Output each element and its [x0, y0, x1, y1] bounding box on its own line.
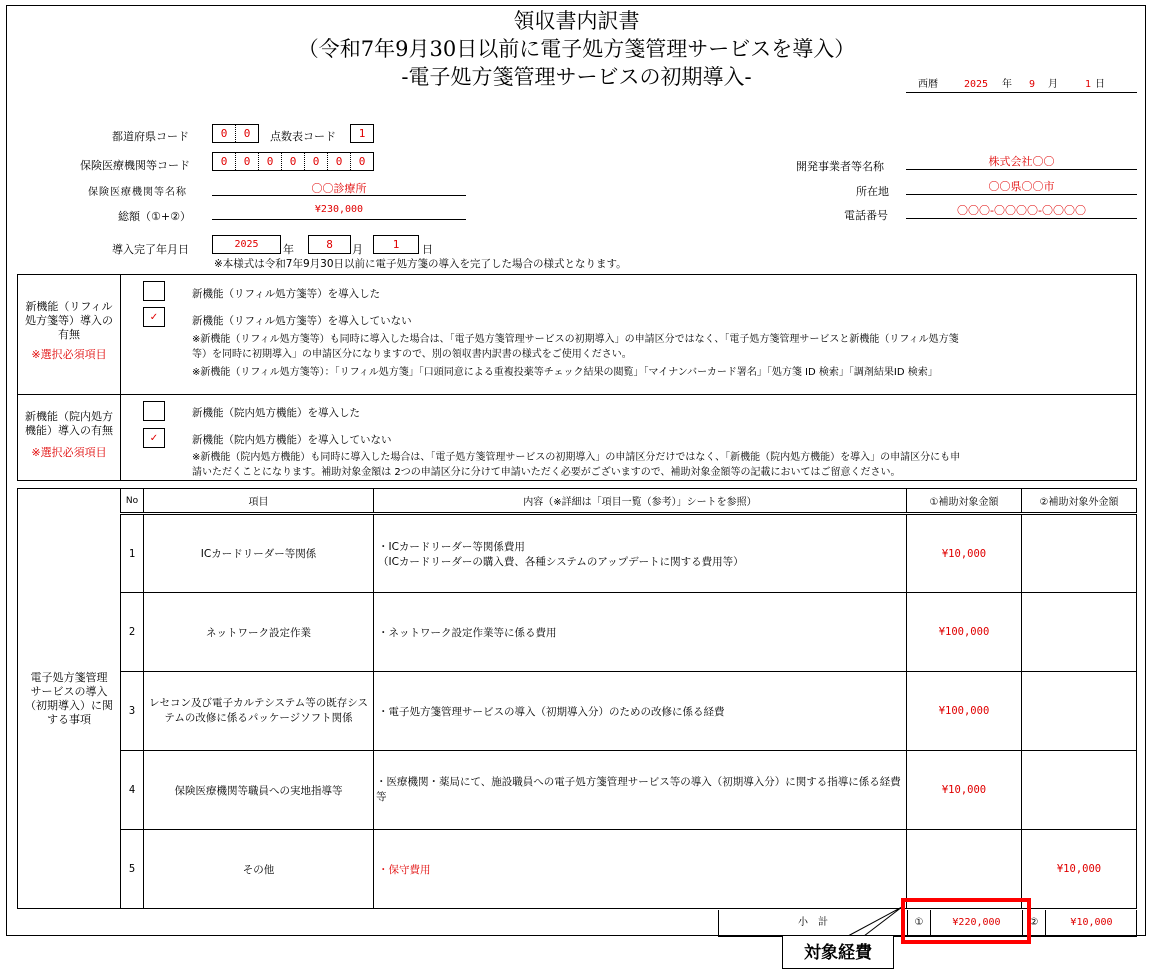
score-table-code-label: 点数表コード: [270, 128, 336, 144]
refill-label-line: 新機能（リフィル: [18, 300, 120, 314]
inst-code-digit: 0: [213, 153, 235, 170]
vendor-name-field[interactable]: 株式会社〇〇: [906, 153, 1137, 170]
divider: [120, 394, 121, 481]
row-item: ネットワーク設定作業: [144, 593, 374, 672]
inhouse-label: 新機能（院内処方 機能）導入の有無 ※選択必須項目: [18, 410, 120, 460]
header-subsidized: ①補助対象金額: [907, 489, 1022, 514]
header-item: 項目: [144, 489, 374, 514]
document-subtitle: （令和7年9月30日以前に電子処方箋管理サービスを導入）: [0, 36, 1153, 62]
content-line: （ICカードリーダーの購入費、各種システムのアップデートに関する費用等）: [378, 554, 902, 569]
divider: [120, 274, 121, 395]
inhouse-yes-label: 新機能（院内処方機能）を導入した: [192, 405, 360, 420]
refill-note-2: ※新機能（リフィル処方箋等）：「リフィル処方箋」「口頭同意による重複投薬等チェッ…: [192, 363, 938, 378]
inst-code-digit: 0: [235, 153, 258, 170]
header-non-subsidized: ②補助対象外金額: [1022, 489, 1137, 514]
inst-code-digit: 0: [281, 153, 304, 170]
inst-code-field[interactable]: 0000000: [212, 152, 374, 171]
inst-name-field[interactable]: 〇〇診療所: [212, 180, 466, 196]
pref-code-digit: 0: [235, 125, 258, 142]
refill-label: 新機能（リフィル 処方箋等）導入の 有無 ※選択必須項目: [18, 300, 120, 362]
content-line: ・保守費用: [378, 862, 902, 877]
section-label-line: （初期導入）に関: [22, 699, 116, 713]
refill-required-note: ※選択必須項目: [18, 348, 120, 362]
completion-note: ※本様式は令和7年9月30日以前に電子処方箋の導入を完了した場合の様式となります…: [214, 256, 627, 271]
row-subsidized[interactable]: ¥10,000: [907, 514, 1022, 593]
inhouse-label-line: 新機能（院内処方: [18, 410, 120, 424]
row-subsidized[interactable]: ¥10,000: [907, 751, 1022, 830]
section-label-line: 電子処方箋管理: [22, 671, 116, 685]
row-non-subsidized[interactable]: [1022, 593, 1137, 672]
highlight-box: [901, 898, 1031, 944]
table-row: 3 レセコン及び電子カルテシステム等の既存システムの改修に係るパッケージソフト関…: [18, 672, 1137, 751]
inhouse-required-note: ※選択必須項目: [18, 446, 120, 460]
vendor-name-label: 開発事業者等名称: [796, 158, 884, 174]
row-item: ICカードリーダー等関係: [144, 514, 374, 593]
row-no: 1: [121, 514, 144, 593]
pref-code-label: 都道府県コード: [112, 128, 189, 144]
refill-yes-label: 新機能（リフィル処方箋等）を導入した: [192, 286, 380, 301]
refill-label-line: 有無: [18, 328, 120, 342]
date-day[interactable]: 1: [1085, 78, 1091, 92]
issue-date: 西暦 2025 年 9 月 1 日: [906, 78, 1137, 93]
date-year[interactable]: 2025: [964, 78, 988, 92]
inst-code-label: 保険医療機関等コード: [80, 157, 190, 173]
row-content: ・電子処方箋管理サービスの導入（初期導入分）のための改修に係る経費: [374, 672, 907, 751]
completion-label: 導入完了年月日: [112, 241, 189, 257]
vendor-phone-label: 電話番号: [844, 207, 888, 223]
date-month[interactable]: 9: [1029, 78, 1035, 92]
row-no: 5: [121, 830, 144, 909]
row-no: 3: [121, 672, 144, 751]
document-title: 領収書内訳書: [0, 8, 1153, 34]
inst-code-digit: 0: [304, 153, 327, 170]
row-subsidized[interactable]: ¥100,000: [907, 672, 1022, 751]
pref-code-digit: 0: [213, 125, 235, 142]
header-no: No: [121, 489, 144, 514]
inhouse-note-2: 請いただくことになります。補助対象金額は 2つの申請区分に分けて申請いただく必要…: [192, 463, 901, 478]
refill-note-1: ※新機能（リフィル処方箋等）も同時に導入した場合は、「電子処方箋管理サービスの初…: [192, 330, 959, 345]
inst-code-digit: 0: [258, 153, 281, 170]
inhouse-no-label: 新機能（院内処方機能）を導入していない: [192, 432, 392, 447]
year-unit: 年: [1002, 78, 1012, 92]
content-line: ・電子処方箋管理サービスの導入（初期導入分）のための改修に係る経費: [378, 704, 902, 719]
completion-day-unit: 日: [422, 241, 433, 257]
inhouse-note-1: ※新機能（院内処方機能）も同時に導入した場合は、「電子処方箋管理サービスの初期導…: [192, 448, 960, 463]
inst-code-digit: 0: [350, 153, 373, 170]
table-row: 4 保険医療機関等職員への実地指導等 ・医療機関・薬局にて、施設職員への電子処方…: [18, 751, 1137, 830]
row-content: ・ネットワーク設定作業等に係る費用: [374, 593, 907, 672]
row-no: 4: [121, 751, 144, 830]
row-no: 2: [121, 593, 144, 672]
section-label-line: する事項: [22, 713, 116, 727]
row-item: その他: [144, 830, 374, 909]
month-unit: 月: [1048, 78, 1058, 92]
row-content: ・ICカードリーダー等関係費用（ICカードリーダーの購入費、各種システムのアップ…: [374, 514, 907, 593]
expense-table: 電子処方箋管理 サービスの導入 （初期導入）に関 する事項 No 項目 内容（※…: [17, 488, 1137, 909]
header-content: 内容（※詳細は「項目一覧（参考）」シートを参照）: [374, 489, 907, 514]
completion-year-unit: 年: [283, 241, 294, 257]
table-row: 1 ICカードリーダー等関係 ・ICカードリーダー等関係費用（ICカードリーダー…: [18, 514, 1137, 593]
inhouse-yes-checkbox[interactable]: [143, 401, 165, 421]
row-subsidized[interactable]: [907, 830, 1022, 909]
pref-code-field[interactable]: 00: [212, 124, 259, 143]
row-subsidized[interactable]: ¥100,000: [907, 593, 1022, 672]
row-non-subsidized[interactable]: [1022, 751, 1137, 830]
refill-no-checkbox[interactable]: ✓: [143, 307, 165, 327]
row-item: 保険医療機関等職員への実地指導等: [144, 751, 374, 830]
total-field[interactable]: ¥230,000: [212, 204, 466, 220]
day-unit: 日: [1095, 78, 1105, 92]
subtotal-non-subsidized[interactable]: ¥10,000: [1046, 910, 1137, 936]
table-row: 5 その他 ・保守費用 ¥10,000: [18, 830, 1137, 909]
score-table-code-field[interactable]: 1: [350, 124, 374, 143]
row-item: レセコン及び電子カルテシステム等の既存システムの改修に係るパッケージソフト関係: [144, 672, 374, 751]
inst-code-digit: 0: [327, 153, 350, 170]
refill-yes-checkbox[interactable]: [143, 281, 165, 301]
completion-day-field[interactable]: 1: [373, 235, 419, 254]
vendor-address-label: 所在地: [856, 183, 889, 199]
inhouse-no-checkbox[interactable]: ✓: [143, 428, 165, 448]
completion-month-field[interactable]: 8: [308, 235, 351, 254]
vendor-phone-field[interactable]: 〇〇〇-〇〇〇〇-〇〇〇〇: [906, 202, 1137, 219]
refill-note-1b: 等）を同時に初期導入」の申請区分になりますので、別の領収書内訳書の様式をご使用く…: [192, 345, 632, 360]
row-non-subsidized[interactable]: ¥10,000: [1022, 830, 1137, 909]
refill-label-line: 処方箋等）導入の: [18, 314, 120, 328]
table-header: 電子処方箋管理 サービスの導入 （初期導入）に関 する事項 No 項目 内容（※…: [18, 489, 1137, 514]
row-non-subsidized[interactable]: [1022, 672, 1137, 751]
section-label: 電子処方箋管理 サービスの導入 （初期導入）に関 する事項: [18, 489, 121, 909]
era-label: 西暦: [918, 78, 938, 92]
content-line: ・ICカードリーダー等関係費用: [378, 539, 902, 554]
row-content: ・医療機関・薬局にて、施設職員への電子処方箋管理サービス等の導入（初期導入分）に…: [374, 751, 907, 830]
completion-month-unit: 月: [352, 241, 363, 257]
completion-year-field[interactable]: 2025: [212, 235, 281, 254]
content-line: ・医療機関・薬局にて、施設職員への電子処方箋管理サービス等の導入（初期導入分）に…: [376, 775, 904, 805]
inst-name-label: 保険医療機関等名称: [88, 183, 187, 198]
section-label-line: サービスの導入: [22, 685, 116, 699]
row-non-subsidized[interactable]: [1022, 514, 1137, 593]
table-row: 2 ネットワーク設定作業 ・ネットワーク設定作業等に係る費用 ¥100,000: [18, 593, 1137, 672]
vendor-address-field[interactable]: 〇〇県〇〇市: [906, 178, 1137, 195]
total-label: 総額（①+②）: [118, 208, 191, 224]
inhouse-label-line: 機能）導入の有無: [18, 424, 120, 438]
content-line: ・ネットワーク設定作業等に係る費用: [378, 625, 902, 640]
refill-no-label: 新機能（リフィル処方箋等）を導入していない: [192, 313, 412, 328]
target-expense-callout: 対象経費: [782, 935, 894, 969]
row-content: ・保守費用: [374, 830, 907, 909]
